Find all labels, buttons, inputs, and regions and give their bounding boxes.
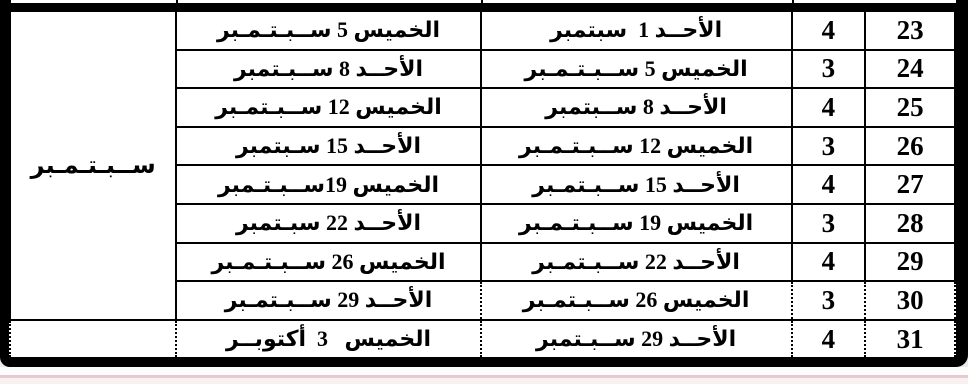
week-number-cell: 25 [865,88,955,127]
week-end-date-cell: الخميس 12 ســبـتمـبر [176,88,480,127]
previous-row-week-fragment [866,0,956,3]
week-number-cell: 23 [865,11,955,50]
days-count-cell: 4 [792,88,866,127]
days-count-cell: 4 [792,165,866,204]
days-count-cell: 3 [792,127,866,166]
week-end-date-cell: الخميس 3 أكتوبــر [176,320,480,359]
week-number-cell: 27 [865,165,955,204]
week-number-cell: 29 [865,243,955,282]
week-start-date-cell: الأحــد 29 ســبـتمبر [481,320,792,359]
september-weeks-table: 23 4 الأحــد 1 سبتمبر الخميس 5 ســبـتـمـ… [9,10,956,359]
previous-row-end-fragment [176,0,481,3]
previous-row-count-fragment [792,0,866,3]
month-cell: ســبـتـمـبر [10,11,176,320]
week-start-date-cell: الأحــد 15 ســبـتمـبر [481,165,792,204]
week-start-date-cell: الأحــد 1 سبتمبر [481,11,792,50]
week-end-date-cell: الأحــد 29 ســبـتمـبر [176,281,480,320]
days-count-cell: 4 [792,320,866,359]
days-count-cell: 3 [792,281,866,320]
week-start-date-cell: الأحــد 8 ســبتمبر [481,88,792,127]
week-end-date-cell: الأحــد 15 سـبتمبر [176,127,480,166]
week-end-date-cell: الأحــد 8 ســبـتمبر [176,50,480,89]
days-count-cell: 4 [792,11,866,50]
week-number-cell: 28 [865,204,955,243]
week-start-date-cell: الأحــد 22 ســبـتمـبر [481,243,792,282]
days-count-cell: 3 [792,50,866,89]
calendar-sheet: 23 4 الأحــد 1 سبتمبر الخميس 5 ســبـتـمـ… [0,0,968,384]
week-start-date-cell: الخميس 26 ســبـتمـبر [481,281,792,320]
days-count-cell: 4 [792,243,866,282]
table-row: 23 4 الأحــد 1 سبتمبر الخميس 5 ســبـتـمـ… [10,11,955,50]
week-end-date-cell: الأحــد 22 سبـتمبر [176,204,480,243]
page-edge-background [0,378,968,384]
week-number-cell: 24 [865,50,955,89]
week-number-cell: 31 [865,320,955,359]
previous-row-month-fragment [9,0,176,3]
previous-row-start-fragment [481,0,793,3]
table-row: 31 4 الأحــد 29 ســبـتمبر الخميس 3 أكتوب… [10,320,955,359]
days-count-cell: 3 [792,204,866,243]
page-edge-white-strip [0,367,968,375]
month-empty-cell [10,320,176,359]
week-end-date-cell: الخميس 19ســبـتـمبر [176,165,480,204]
page-edge [0,367,968,384]
previous-row-fragment [0,0,968,3]
september-table-frame: 23 4 الأحــد 1 سبتمبر الخميس 5 ســبـتـمـ… [0,3,968,367]
week-start-date-cell: الخميس 19 ســبـتـمـبر [481,204,792,243]
week-start-date-cell: الخميس 12 ســبـتـمـبر [481,127,792,166]
week-number-cell: 30 [865,281,955,320]
week-number-cell: 26 [865,127,955,166]
week-start-date-cell: الخميس 5 ســبـتـمـبر [481,50,792,89]
week-end-date-cell: الخميس 5 ســبـتـمـبر [176,11,480,50]
week-end-date-cell: الخميس 26 ســبـتـمـبر [176,243,480,282]
